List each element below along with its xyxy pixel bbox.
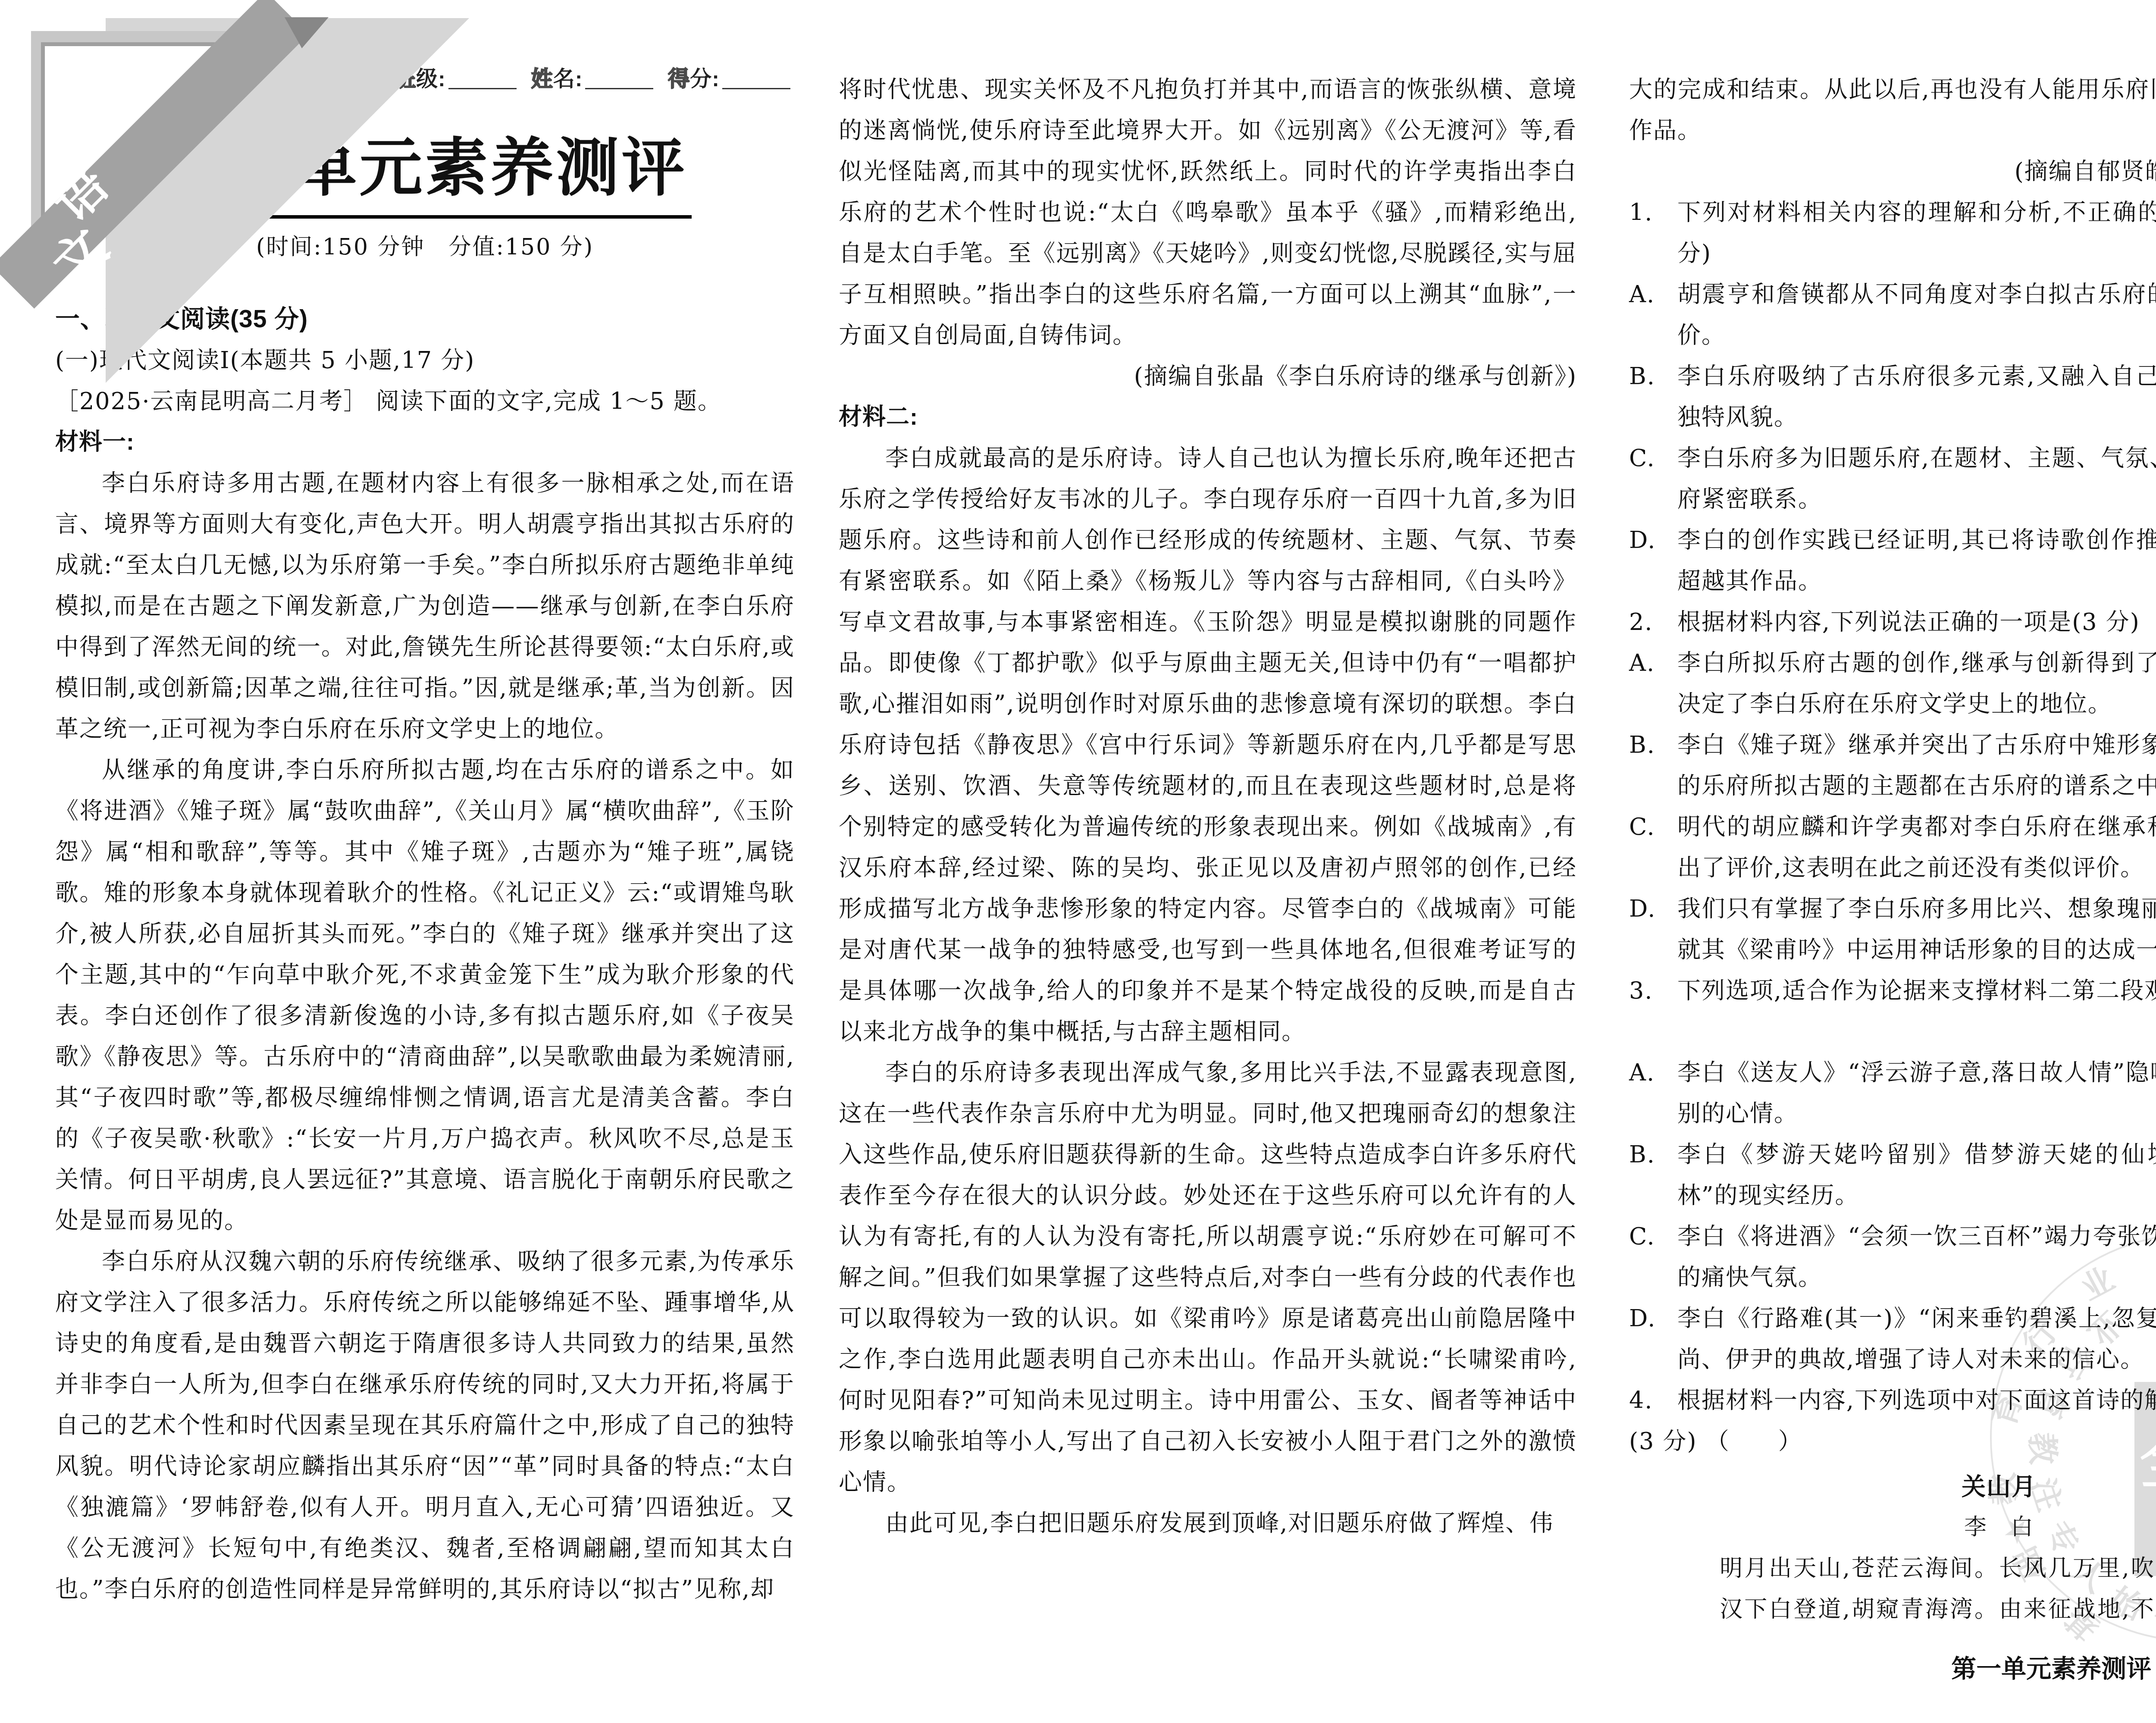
option-text: 李白《雉子斑》继承并突出了古乐府中雉形象的耿介主题,可见他的乐府所拟古题的主题都… [1677, 731, 2156, 799]
class-label: 级: [416, 67, 446, 91]
poem-author: 李 白 [1629, 1507, 2156, 1548]
option-text: 李白《送友人》“浮云游子意,落日故人情”隐喻诗人对朋友依依惜别的心情。 [1677, 1059, 2156, 1127]
question-2-text: 根据材料内容,下列说法正确的一项是(3 分) [1677, 601, 2156, 642]
material1-label: 材料一: [55, 422, 795, 463]
column-3: 大的完成和结束。从此以后,再也没有人能用乐府旧题写出超越李白的作品。 (摘编自郁… [1629, 69, 2156, 1630]
option-text: 胡震亨和詹锳都从不同角度对李白拟古乐府的成就做出了高度评价。 [1677, 281, 2156, 349]
option-text: 李白《行路难(其一)》“闲来垂钓碧溪上,忽复乘舟梦日边”化用姜尚、伊尹的典故,增… [1677, 1305, 2156, 1373]
question-4-score-line: (3 分) （ ） [1629, 1421, 2156, 1462]
question-1-option-d[interactable]: D. 李白的创作实践已经证明,其已将诗歌创作推向巅峰,不会再有人超越其作品。 [1629, 520, 2156, 601]
passage-intro: ［2025·云南昆明高二月考］ 阅读下面的文字,完成 1～5 题。 [55, 381, 795, 422]
class-label-head: 班 [394, 67, 416, 91]
option-letter: C. [1629, 438, 1655, 479]
question-2-option-d[interactable]: D. 我们只有掌握了李白乐府多用比兴、想象瑰丽奇幻的特点,才可以就其《梁甫吟》中… [1629, 888, 2156, 970]
option-letter: A. [1629, 274, 1655, 315]
question-3-option-c[interactable]: C. 李白《将进酒》“会须一饮三百杯”竭力夸张饮酒之多,展示筵宴中的痛快气氛。 [1629, 1216, 2156, 1298]
student-info-row: 班级:姓名:得分: [55, 65, 790, 92]
option-letter: B. [1629, 1134, 1655, 1175]
option-letter: C. [1629, 806, 1655, 847]
poem-block: 关山月 李 白 明月出天山,苍茫云海间。长风几万里,吹度玉门关。 汉下白登道,胡… [1629, 1466, 2156, 1630]
option-text: 明代的胡应麟和许学夷都对李白乐府在继承和创新方面的特点做出了评价,这表明在此之前… [1677, 813, 2156, 881]
question-1-number: 1. [1629, 192, 1653, 233]
material2-paragraph-3-start: 由此可见,李白把旧题乐府发展到顶峰,对旧题乐府做了辉煌、伟 [839, 1503, 1577, 1544]
option-letter: D. [1629, 1298, 1656, 1339]
question-2-number: 2. [1629, 601, 1653, 642]
option-letter: A. [1629, 642, 1655, 683]
question-4-text: 根据材料一内容,下列选项中对下面这首诗的解读不恰当的一项是 [1677, 1387, 2156, 1414]
option-text: 李白乐府多为旧题乐府,在题材、主题、气氛、节奏上都与传统乐府紧密联系。 [1677, 445, 2156, 513]
poem-line-2: 汉下白登道,胡窥青海湾。由来征战地,不见有人还。 [1629, 1589, 2156, 1630]
option-letter: A. [1629, 1052, 1655, 1093]
option-text: 李白所拟乐府古题的创作,继承与创新得到了浑然无间的统一,这决定了李白乐府在乐府文… [1677, 649, 2156, 717]
footer-unit-title: 第一单元素养测评 [1951, 1651, 2151, 1686]
material1-paragraph-1: 李白乐府诗多用古题,在题材内容上有很多一脉相承之处,而在语言、境界等方面则大有变… [55, 463, 795, 749]
question-2-option-c[interactable]: C. 明代的胡应麟和许学夷都对李白乐府在继承和创新方面的特点做出了评价,这表明在… [1629, 806, 2156, 888]
question-4-number: 4. [1629, 1380, 1653, 1421]
page-footer: 第一单元素养测评 测评卷 卷 01 [1629, 1632, 2156, 1686]
option-letter: C. [1629, 1216, 1655, 1257]
question-3-option-b[interactable]: B. 李白《梦游天姥吟留别》借梦游天姥的仙境托喻诗人“待诏翰林”的现实经历。 [1629, 1134, 2156, 1216]
name-label: 名: [553, 67, 583, 91]
exam-meta: (时间:150 分钟 分值:150 分) [55, 230, 795, 264]
question-1: 1. 下列对材料相关内容的理解和分析,不正确的一项是(3 分) （ ） [1629, 192, 2156, 274]
material1-paragraph-3-continued: 将时代忧患、现实关怀及不凡抱负打并其中,而语言的恢张纵横、意境的迷离惝恍,使乐府… [839, 69, 1577, 356]
material1-source: (摘编自张晶《李白乐府诗的继承与创新》) [839, 356, 1577, 397]
question-4-score: (3 分) [1629, 1421, 1697, 1462]
question-3-text: 下列选项,适合作为论据来支撑材料二第二段观点的一项是(3 分) [1677, 977, 2156, 1004]
score-label: 分: [690, 67, 720, 91]
question-4: 4. 根据材料一内容,下列选项中对下面这首诗的解读不恰当的一项是 [1629, 1380, 2156, 1421]
option-text: 李白乐府吸纳了古乐府很多元素,又融入自己和时代因素,形成了独特风貌。 [1677, 363, 2156, 431]
name-input-line[interactable] [585, 65, 653, 89]
material2-source: (摘编自郁贤皓《李白选集·前言》) [1629, 151, 2156, 192]
exam-page: { "banner": { "subject": "语文" }, "header… [0, 0, 2156, 1723]
material2-paragraph-1: 李白成就最高的是乐府诗。诗人自己也认为擅长乐府,晚年还把古乐府之学传授给好友韦冰… [839, 438, 1577, 1052]
option-letter: B. [1629, 356, 1655, 397]
option-text: 李白的创作实践已经证明,其已将诗歌创作推向巅峰,不会再有人超越其作品。 [1677, 526, 2156, 595]
poem-line-1: 明月出天山,苍茫云海间。长风几万里,吹度玉门关。 [1629, 1548, 2156, 1589]
section-heading: 一、现代文阅读(35 分) [55, 299, 795, 340]
question-3-answer-slot[interactable]: （ ） [1629, 1011, 2156, 1052]
subsection-heading: (一)现代文阅读Ⅰ(本题共 5 小题,17 分) [55, 340, 795, 381]
score-label-head: 得 [668, 67, 690, 91]
option-text: 李白《梦游天姥吟留别》借梦游天姥的仙境托喻诗人“待诏翰林”的现实经历。 [1677, 1141, 2156, 1209]
option-text: 我们只有掌握了李白乐府多用比兴、想象瑰丽奇幻的特点,才可以就其《梁甫吟》中运用神… [1677, 895, 2156, 963]
question-1-option-c[interactable]: C. 李白乐府多为旧题乐府,在题材、主题、气氛、节奏上都与传统乐府紧密联系。 [1629, 438, 2156, 520]
option-letter: D. [1629, 888, 1656, 929]
column-2: 将时代忧患、现实关怀及不凡抱负打并其中,而语言的恢张纵横、意境的迷离惝恍,使乐府… [839, 69, 1577, 1544]
question-3: 3. 下列选项,适合作为论据来支撑材料二第二段观点的一项是(3 分) [1629, 970, 2156, 1011]
score-input-line[interactable] [722, 65, 790, 89]
question-2: 2. 根据材料内容,下列说法正确的一项是(3 分) （ ） [1629, 601, 2156, 642]
question-1-option-a[interactable]: A. 胡震亨和詹锳都从不同角度对李白拟古乐府的成就做出了高度评价。 [1629, 274, 2156, 356]
option-text: 李白《将进酒》“会须一饮三百杯”竭力夸张饮酒之多,展示筵宴中的痛快气氛。 [1677, 1223, 2156, 1291]
material1-paragraph-2: 从继承的角度讲,李白乐府所拟古题,均在古乐府的谱系之中。如《将进酒》《雉子斑》属… [55, 749, 795, 1241]
page-title: 第一单元素养测评 [159, 132, 692, 219]
column-1: 班级:姓名:得分: 第一单元素养测评 (时间:150 分钟 分值:150 分) … [55, 65, 795, 1610]
name-label-head: 姓 [531, 67, 553, 91]
question-3-number: 3. [1629, 970, 1653, 1011]
question-2-option-b[interactable]: B. 李白《雉子斑》继承并突出了古乐府中雉形象的耿介主题,可见他的乐府所拟古题的… [1629, 724, 2156, 806]
material2-paragraph-3-end: 大的完成和结束。从此以后,再也没有人能用乐府旧题写出超越李白的作品。 [1629, 69, 2156, 151]
material1-paragraph-3: 李白乐府从汉魏六朝的乐府传统继承、吸纳了很多元素,为传承乐府文学注入了很多活力。… [55, 1241, 795, 1610]
class-input-line[interactable] [448, 65, 517, 89]
question-2-option-a[interactable]: A. 李白所拟乐府古题的创作,继承与创新得到了浑然无间的统一,这决定了李白乐府在… [1629, 642, 2156, 724]
poem-title: 关山月 [1629, 1466, 2156, 1507]
material2-label: 材料二: [839, 397, 1577, 438]
question-3-option-d[interactable]: D. 李白《行路难(其一)》“闲来垂钓碧溪上,忽复乘舟梦日边”化用姜尚、伊尹的典… [1629, 1298, 2156, 1380]
question-4-answer-slot[interactable]: （ ） [1706, 1421, 1802, 1462]
question-3-option-a[interactable]: A. 李白《送友人》“浮云游子意,落日故人情”隐喻诗人对朋友依依惜别的心情。 [1629, 1052, 2156, 1134]
material2-paragraph-2: 李白的乐府诗多表现出浑成气象,多用比兴手法,不显露表现意图,这在一些代表作杂言乐… [839, 1052, 1577, 1503]
option-letter: B. [1629, 724, 1655, 765]
question-1-option-b[interactable]: B. 李白乐府吸纳了古乐府很多元素,又融入自己和时代因素,形成了独特风貌。 [1629, 356, 2156, 438]
question-1-text: 下列对材料相关内容的理解和分析,不正确的一项是(3 分) [1677, 192, 2156, 274]
option-letter: D. [1629, 520, 1656, 561]
